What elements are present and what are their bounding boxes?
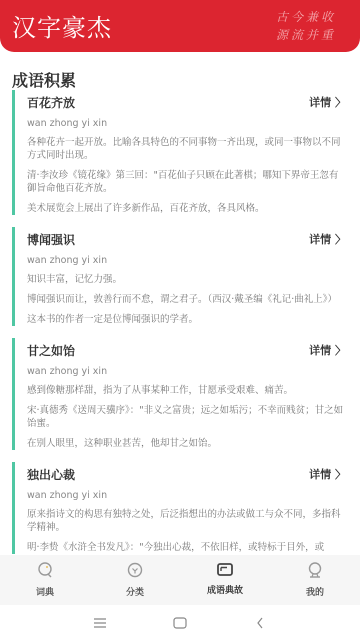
menu-icon[interactable] — [90, 613, 110, 633]
nav-label: 我的 — [306, 585, 324, 598]
nav-label: 分类 — [126, 585, 144, 598]
idiom-pinyin: wan zhong yi xin — [27, 118, 346, 129]
idiom-title: 博闻强识 — [27, 231, 75, 248]
nav-item-mine[interactable]: 我的 — [270, 555, 360, 605]
idiom-source: 清·李汝珍《镜花缘》第三回："百花仙子只顾在此著棋；哪知下界帝王忽有御旨命他百花… — [27, 169, 346, 195]
idiom-meaning: 感到像糖那样甜，指为了从事某种工作，甘愿承受艰难、痛苦。 — [27, 384, 346, 397]
book-card-icon — [216, 561, 234, 579]
app-motto: 古今兼收 源流并重 — [276, 8, 336, 44]
idiom-title: 独出心裁 — [27, 466, 75, 483]
home-icon[interactable] — [170, 613, 190, 633]
nav-label: 成语典故 — [207, 583, 243, 596]
section-title: 成语积累 — [12, 68, 76, 91]
idiom-meaning: 知识丰富，记忆力强。 — [27, 273, 346, 286]
idiom-title: 甘之如饴 — [27, 342, 75, 359]
idiom-example: 美术展览会上展出了许多新作品，百花齐放，各具风格。 — [27, 202, 346, 215]
idiom-pinyin: wan zhong yi xin — [27, 255, 346, 266]
category-icon — [126, 561, 144, 579]
bottom-nav: 词典 分类 成语典故 我的 — [0, 555, 360, 605]
idiom-example: 这本书的作者一定是位博闻强识的学者。 — [27, 313, 346, 326]
app-title: 汉字豪杰 — [12, 8, 112, 43]
detail-link[interactable]: 详情 〉 — [309, 94, 346, 110]
motto-line-1: 古今兼收 — [276, 8, 336, 26]
idiom-source: 宋·真德秀《送周天骥序》："非义之富贵；远之如垢污；不幸而贱贫；甘之如饴蜜。 — [27, 404, 346, 430]
nav-item-category[interactable]: 分类 — [90, 555, 180, 605]
idiom-source: 明·李贽《水浒全书发凡》："今独出心裁，不依旧样，或特标于目外，或 — [27, 541, 346, 554]
chat-bubble-icon — [36, 561, 54, 579]
idiom-source: 博闻强识而让，敦善行而不怠，谓之君子。（西汉·戴圣编《礼记·曲礼上》） — [27, 293, 346, 306]
detail-link[interactable]: 详情 〉 — [309, 466, 346, 482]
profile-icon — [306, 561, 324, 579]
idiom-list: 百花齐放 详情 〉 wan zhong yi xin 各种花卉一起开放。比喻各具… — [0, 90, 360, 566]
idiom-pinyin: wan zhong yi xin — [27, 490, 346, 501]
idiom-meaning: 原来指诗文的构思有独特之处，后泛指想出的办法或做工与众不同，多指科学精神。 — [27, 508, 346, 534]
system-nav-bar — [0, 605, 360, 640]
nav-label: 词典 — [36, 585, 54, 598]
idiom-card: 百花齐放 详情 〉 wan zhong yi xin 各种花卉一起开放。比喻各具… — [12, 90, 346, 215]
idiom-card: 博闻强识 详情 〉 wan zhong yi xin 知识丰富，记忆力强。 博闻… — [12, 227, 346, 326]
detail-link[interactable]: 详情 〉 — [309, 342, 346, 358]
idiom-card: 独出心裁 详情 〉 wan zhong yi xin 原来指诗文的构思有独特之处… — [12, 462, 346, 554]
idiom-pinyin: wan zhong yi xin — [27, 366, 346, 377]
idiom-example: 在别人眼里，这种职业甚苦，他却甘之如饴。 — [27, 437, 346, 450]
app-header: 汉字豪杰 古今兼收 源流并重 — [0, 0, 360, 52]
idiom-title: 百花齐放 — [27, 94, 75, 111]
idiom-card: 甘之如饴 详情 〉 wan zhong yi xin 感到像糖那样甜，指为了从事… — [12, 338, 346, 450]
motto-line-2: 源流并重 — [276, 26, 336, 44]
detail-link[interactable]: 详情 〉 — [309, 231, 346, 247]
idiom-meaning: 各种花卉一起开放。比喻各具特色的不同事物一齐出现，或同一事物以不同方式同时出现。 — [27, 136, 346, 162]
back-icon[interactable] — [250, 613, 270, 633]
nav-item-dictionary[interactable]: 词典 — [0, 555, 90, 605]
nav-item-idiom-stories[interactable]: 成语典故 — [180, 555, 270, 605]
